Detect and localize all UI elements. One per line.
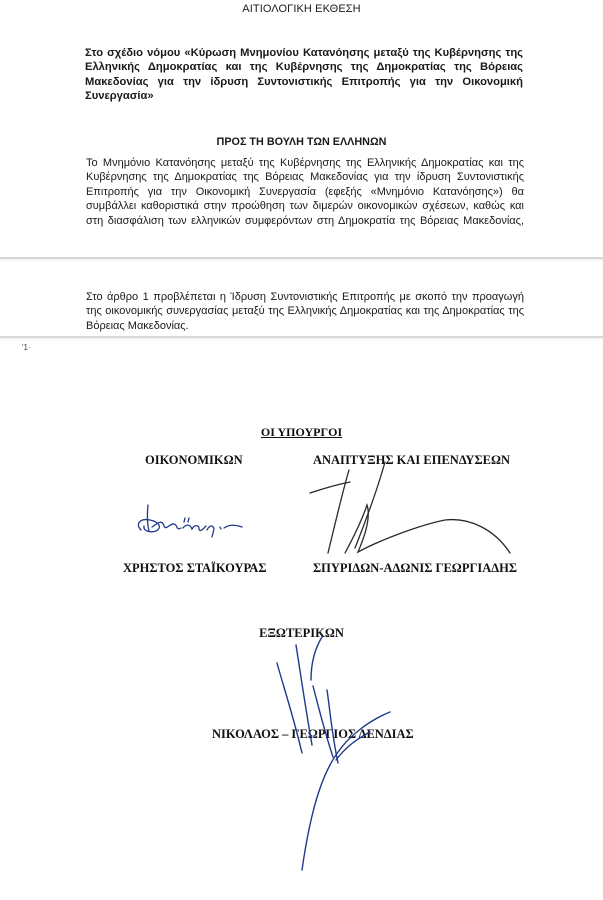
paragraph-article-1: Στο άρθρο 1 προβλέπεται η Ίδρυση Συντονι…: [86, 290, 524, 333]
minister-name-development: ΣΠΥΡΙΔΩΝ-ΑΔΩΝΙΣ ΓΕΩΡΓΙΑΔΗΣ: [313, 561, 517, 576]
addressee-heading: ΠΡΟΣ ΤΗ ΒΟΥΛΗ ΤΩΝ ΕΛΛΗΝΩΝ: [0, 136, 603, 148]
minister-name-finance: ΧΡΗΣΤΟΣ ΣΤΑΪΚΟΥΡΑΣ: [123, 561, 267, 576]
paragraph-memorandum: Το Μνημόνιο Κατανόησης μεταξύ της Κυβέρν…: [86, 156, 524, 237]
scan-mark: '1·: [22, 343, 31, 352]
ministry-foreign-affairs: ΕΞΩΤΕΡΙΚΩΝ: [0, 626, 603, 641]
report-title: ΑΙΤΙΟΛΟΓΙΚΗ ΕΚΘΕΣΗ: [0, 3, 603, 15]
signatures-layer: [0, 0, 603, 900]
signature-foreign: [277, 637, 390, 870]
minister-name-foreign: ΝΙΚΟΛΑΟΣ – ΓΕΩΡΓΙΟΣ ΔΕΝΔΙΑΣ: [212, 727, 414, 742]
ministers-heading: ΟΙ ΥΠΟΥΡΓΟΙ: [0, 425, 603, 440]
signature-development: [310, 462, 510, 553]
ministry-development: ΑΝΑΠΤΥΞΗΣ ΚΑΙ ΕΠΕΝΔΥΣΕΩΝ: [313, 453, 510, 468]
bill-intro: Στο σχέδιο νόμου «Κύρωση Μνημονίου Καταν…: [85, 46, 523, 104]
signature-finance: [138, 505, 242, 537]
ministry-finance: ΟΙΚΟΝΟΜΙΚΩΝ: [145, 453, 243, 468]
page-break-divider: [0, 257, 603, 259]
page-break-divider: [0, 336, 603, 338]
